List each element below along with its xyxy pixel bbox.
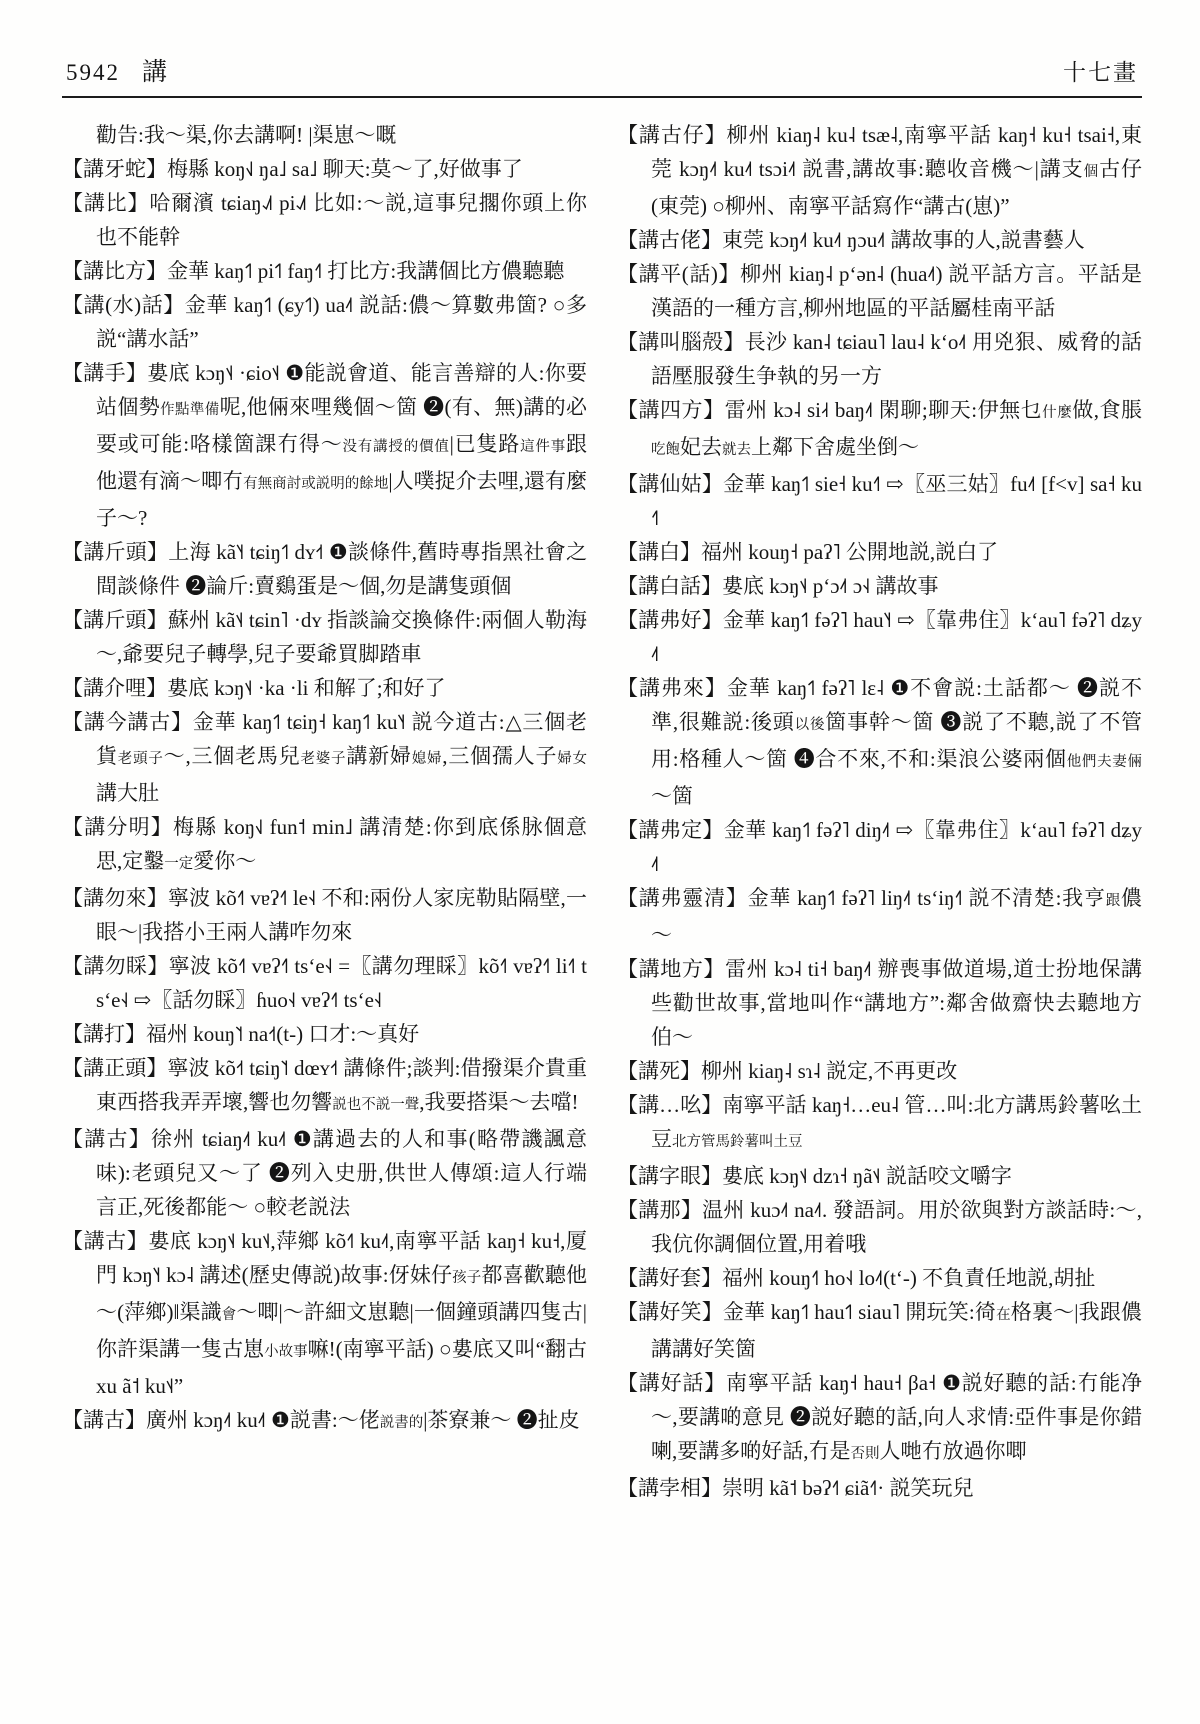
dict-entry: 【講分明】梅縣 koŋ˧˩ fun˦ min˩ 講清楚:你到底係脉個意思,定鑿一… <box>62 810 587 881</box>
gloss-note: 有無商討或説明的餘地 <box>243 476 388 492</box>
entry-text: 【講介哩】婁底 kɔŋ˦˨ ·ka ·li 和解了;和好了 <box>62 676 446 700</box>
entry-text: 做,食脹 <box>1072 398 1142 422</box>
gloss-note: 什麼 <box>1042 405 1072 421</box>
dict-entry: 【講(水)話】金華 kaŋ˦˥ (ɕy˦˥) ua˨˦ 説話:儂～算數弗箇? ○… <box>62 288 587 356</box>
gloss-note: 他們夫妻倆 <box>1067 754 1142 770</box>
gloss-note: 北方管馬鈴薯叫土豆 <box>672 1134 803 1150</box>
entry-text: 【講那】温州 kuɔ˨˦ na˨˦. 發語詞。用於欲與對方談話時:～,我伉你調個… <box>617 1198 1142 1256</box>
gloss-note: 作點準備 <box>160 402 219 418</box>
dict-entry: 【講比方】金華 kaŋ˦˥ pi˦˥ faŋ˧˥ 打比方:我講個比方儂聽聽 <box>62 254 587 288</box>
gloss-note: 就去 <box>722 442 751 458</box>
gloss-note: 婦女 <box>557 751 587 767</box>
dict-entry: 【講比】哈爾濱 tɕiaŋ˨˩˦ pi˨˩˦ 比如:～説,這事兒擱你頭上你也不能… <box>62 186 587 254</box>
entry-text: 【講比方】金華 kaŋ˦˥ pi˦˥ faŋ˧˥ 打比方:我講個比方儂聽聽 <box>62 259 564 283</box>
dict-entry: 【講牙蛇】梅縣 koŋ˧˩ ŋa˩ sa˩ 聊天:莫～了,好做事了 <box>62 152 587 186</box>
gloss-note: 説書的 <box>380 1415 424 1431</box>
section-label: 十七畫 <box>1063 54 1138 87</box>
dict-entry: 【講字眼】婁底 kɔŋ˦˨ dzɿ˧ ŋã˦˨ 説話咬文嚼字 <box>617 1159 1142 1193</box>
gloss-note: 會 <box>222 1307 237 1323</box>
entry-text: 講新婦 <box>346 744 411 768</box>
gloss-note: 跟 <box>1106 893 1121 909</box>
dict-entry: 【講那】温州 kuɔ˨˦ na˨˦. 發語詞。用於欲與對方談話時:～,我伉你調個… <box>617 1193 1142 1261</box>
entry-text: 【講地方】雷州 kɔ˨ ti˧ baŋ˨˦ 辦喪事做道場,道士扮地保講些勸世故事… <box>617 957 1142 1049</box>
dict-entry: 【講弗定】金華 kaŋ˦˥ fəʔ˥ diŋ˨˦ ⇨〖靠弗住〗kʻau˥ fəʔ… <box>617 813 1142 881</box>
gloss-note: 一定 <box>164 856 193 872</box>
entry-text: |茶寮兼～ ❷扯皮 <box>423 1408 579 1432</box>
column-left: 勸告:我～渠,你去講啊! |渠崽～嘅【講牙蛇】梅縣 koŋ˧˩ ŋa˩ sa˩ … <box>62 118 587 1505</box>
gloss-note: 没有講授的價值 <box>343 439 450 455</box>
dict-entry: 【講勿來】寧波 kõ˧˥ vɐʔ˧˥ le˧˨ 不和:兩份人家庑勒貼隔壁,一眼～… <box>62 881 587 949</box>
dict-entry: 【講今講古】金華 kaŋ˦˥ tɕiŋ˧ kaŋ˦˥ ku˥˧ 説今道古:△三個… <box>62 705 587 810</box>
entry-text: 【講好笑】金華 kaŋ˦˥ hau˦˥ siau˥ 開玩笑:徛 <box>617 1300 996 1324</box>
entry-text: 人哋冇放過你唧 <box>880 1439 1027 1463</box>
gloss-note: 孩子 <box>452 1270 481 1286</box>
dict-entry: 【講古佬】東莞 kɔŋ˨˦ ku˨˦ ŋɔu˨˦ 講故事的人,説書藝人 <box>617 223 1142 257</box>
entry-text: 講大肚 <box>96 781 159 805</box>
gloss-note: 小故事 <box>264 1344 308 1360</box>
dict-entry: 【講斤頭】蘇州 kã˦˨ tɕin˥ ·dʏ 指談論交換條件:兩個人勒海～,爺要… <box>62 603 587 671</box>
column-right: 【講古仔】柳州 kiaŋ˨ ku˨ tsæ˨,南寧平話 kaŋ˧ ku˧ tsa… <box>617 118 1142 1505</box>
dictionary-columns: 勸告:我～渠,你去講啊! |渠崽～嘅【講牙蛇】梅縣 koŋ˧˩ ŋa˩ sa˩ … <box>62 118 1142 1505</box>
entry-text: 【講分明】梅縣 koŋ˧˩ fun˦ min˩ 講清楚:你到底係脉個意思,定鑿 <box>62 815 587 873</box>
dict-entry: 【講好套】福州 kouŋ˧˥ ho˧˨ lo˨˦(tʻ-) 不負責任地説,胡扯 <box>617 1261 1142 1295</box>
entry-text: 【講字眼】婁底 kɔŋ˦˨ dzɿ˧ ŋã˦˨ 説話咬文嚼字 <box>617 1164 1012 1188</box>
gloss-note: 這件事 <box>520 439 566 455</box>
dict-entry: 【講手】婁底 kɔŋ˦˨ ·ɕio˦˨ ❶能説會道、能言善辯的人:你要站個勢作點… <box>62 356 587 535</box>
page-headword: 講 <box>142 52 167 88</box>
entry-text: 【講打】福州 kouŋ˥˦ na˧˦(t-) 口才:～真好 <box>62 1022 419 1046</box>
entry-text: 【講白話】婁底 kɔŋ˦˨ pʻɔ˨˦ ɔ˧˨ 講故事 <box>617 574 938 598</box>
entry-text: 【講勿睬】寧波 kõ˧˥ vɐʔ˧˥ tsʻe˧˨ =〖講勿理睬〗kõ˧˥ vɐ… <box>62 954 587 1012</box>
dict-entry: 【講介哩】婁底 kɔŋ˦˨ ·ka ·li 和解了;和好了 <box>62 671 587 705</box>
entry-text: 【講勿來】寧波 kõ˧˥ vɐʔ˧˥ le˧˨ 不和:兩份人家庑勒貼隔壁,一眼～… <box>62 886 587 944</box>
dict-entry: 【講白】福州 kouŋ˧ paʔ˥ 公開地説,説白了 <box>617 535 1142 569</box>
gloss-note: 説也不説一聲 <box>332 1097 419 1113</box>
dict-entry: 【講好話】南寧平話 kaŋ˧ hau˧ βa˧ ❶説好聽的話:冇能净～,要講啲意… <box>617 1366 1142 1471</box>
gloss-note: 老婆子 <box>300 751 346 767</box>
gloss-note: 否則 <box>851 1446 880 1462</box>
entry-text: 【講好套】福州 kouŋ˧˥ ho˧˨ lo˨˦(tʻ-) 不負責任地説,胡扯 <box>617 1266 1095 1290</box>
dict-entry: 【講孛相】崇明 kã˦ bəʔ˧˥ ɕiã˧˥· 説笑玩兒 <box>617 1471 1142 1505</box>
entry-text: 【講白】福州 kouŋ˧ paʔ˥ 公開地説,説白了 <box>617 540 998 564</box>
entry-text: 【講弗定】金華 kaŋ˦˥ fəʔ˥ diŋ˨˦ ⇨〖靠弗住〗kʻau˥ fəʔ… <box>617 818 1142 876</box>
entry-text: 愛你～ <box>193 849 256 873</box>
gloss-note: 以後 <box>795 717 826 733</box>
gloss-note: 個 <box>1084 164 1099 180</box>
entry-text: 【講平(話)】柳州 kiaŋ˨ pʻən˨ (hua˨˦) 説平話方言。平話是漢… <box>617 262 1142 320</box>
dict-entry: 【講古】婁底 kɔŋ˦˨ ku˦˨,萍鄉 kõ˧˥ ku˨˦,南寧平話 kaŋ˧… <box>62 1224 587 1403</box>
entry-text: 【講斤頭】上海 kã˥˧ tɕiŋ˦˥ dʏ˧˦ ❶談條件,舊時專指黑社會之間談… <box>62 540 587 598</box>
entry-text: 【講古佬】東莞 kɔŋ˨˦ ku˨˦ ŋɔu˨˦ 講故事的人,説書藝人 <box>617 228 1085 252</box>
gloss-note: 媳婦 <box>412 751 443 767</box>
entry-text: ,三個孺人子 <box>442 744 557 768</box>
entry-text: 【講四方】雷州 kɔ˨ si˨˧ baŋ˨˦ 閑聊;聊天:伊無乜 <box>617 398 1042 422</box>
page-header: 5942 講 十七畫 <box>62 52 1142 96</box>
entry-text: 【講古】徐州 tɕiaŋ˨˦ ku˨˦ ❶講過去的人和事(略帶譏諷意味):老頭兒… <box>62 1127 587 1219</box>
dict-entry: 【講打】福州 kouŋ˥˦ na˧˦(t-) 口才:～真好 <box>62 1017 587 1051</box>
dict-entry: 【講平(話)】柳州 kiaŋ˨ pʻən˨ (hua˨˦) 説平話方言。平話是漢… <box>617 257 1142 325</box>
entry-text: 【講弗好】金華 kaŋ˦˥ fəʔ˥ hau˥˧ ⇨〖靠弗住〗kʻau˥ fəʔ… <box>617 608 1142 666</box>
folio-number: 5942 <box>66 60 120 86</box>
entry-text: 【講古仔】柳州 kiaŋ˨ ku˨ tsæ˨,南寧平話 kaŋ˧ ku˧ tsa… <box>617 123 1142 181</box>
dict-entry: 【講地方】雷州 kɔ˨ ti˧ baŋ˨˦ 辦喪事做道場,道士扮地保講些勸世故事… <box>617 952 1142 1054</box>
dict-entry: 【講…吆】南寧平話 kaŋ˧…eu˨ 管…叫:北方講馬鈴薯吆土豆北方管馬鈴薯叫土… <box>617 1088 1142 1159</box>
dict-entry: 【講白話】婁底 kɔŋ˦˨ pʻɔ˨˦ ɔ˧˨ 講故事 <box>617 569 1142 603</box>
entry-text: 【講牙蛇】梅縣 koŋ˧˩ ŋa˩ sa˩ 聊天:莫～了,好做事了 <box>62 157 523 181</box>
dict-entry: 【講古仔】柳州 kiaŋ˨ ku˨ tsæ˨,南寧平話 kaŋ˧ ku˧ tsa… <box>617 118 1142 223</box>
entry-text: ～,三個老馬兒 <box>164 744 301 768</box>
entry-text: 【講死】柳州 kiaŋ˨ sɿ˨ 説定,不再更改 <box>617 1059 957 1083</box>
dict-entry: 【講弗靈清】金華 kaŋ˦˥ fəʔ˥ liŋ˨˦ tsʻiŋ˧˥ 説不清楚:我… <box>617 881 1142 952</box>
header-rule <box>62 96 1142 98</box>
gloss-note: 在 <box>996 1307 1011 1323</box>
dict-entry: 【講古】徐州 tɕiaŋ˨˦ ku˨˦ ❶講過去的人和事(略帶譏諷意味):老頭兒… <box>62 1122 587 1224</box>
dict-entry: 【講四方】雷州 kɔ˨ si˨˧ baŋ˨˦ 閑聊;聊天:伊無乜什麼做,食脹吃飽… <box>617 393 1142 467</box>
dict-entry: 【講仙姑】金華 kaŋ˦˥ sie˧ ku˧˥ ⇨〖巫三姑〗fu˨˦ [f<v]… <box>617 467 1142 535</box>
gloss-note: 老頭子 <box>118 751 164 767</box>
dict-entry: 【講弗來】金華 kaŋ˦˥ fəʔ˥ lɛ˨ ❶不會説:土話都～ ❷説不準,很難… <box>617 671 1142 813</box>
entry-text: ,我要搭渠～去噹! <box>419 1090 578 1114</box>
entry-text: 上鄰下舍處坐倒～ <box>751 435 919 459</box>
entry-text: |已隻路 <box>450 432 520 456</box>
dict-entry: 【講正頭】寧波 kõ˧˦ tɕiŋ˥˦ dœʏ˧˦ 講條件;談判:借撥渠介貴重東… <box>62 1051 587 1122</box>
entry-text: 【講古】廣州 kɔŋ˨˦ ku˨˦ ❶説書:～佬 <box>62 1408 380 1432</box>
dict-entry: 【講死】柳州 kiaŋ˨ sɿ˨ 説定,不再更改 <box>617 1054 1142 1088</box>
dict-entry: 【講古】廣州 kɔŋ˨˦ ku˨˦ ❶説書:～佬説書的|茶寮兼～ ❷扯皮 <box>62 1403 587 1440</box>
entry-text: 妃去 <box>680 435 722 459</box>
dictionary-page: 5942 講 十七畫 勸告:我～渠,你去講啊! |渠崽～嘅【講牙蛇】梅縣 koŋ… <box>0 0 1200 1724</box>
entry-text: 勸告:我～渠,你去講啊! |渠崽～嘅 <box>96 123 397 147</box>
dict-entry: 【講叫腦殻】長沙 kan˨ tɕiau˥ lau˨ kʻo˨˦ 用兇狠、威脅的話… <box>617 325 1142 393</box>
dict-entry: 【講弗好】金華 kaŋ˦˥ fəʔ˥ hau˥˧ ⇨〖靠弗住〗kʻau˥ fəʔ… <box>617 603 1142 671</box>
entry-text: 【講叫腦殻】長沙 kan˨ tɕiau˥ lau˨ kʻo˨˦ 用兇狠、威脅的話… <box>617 330 1142 388</box>
entry-text: 【講孛相】崇明 kã˦ bəʔ˧˥ ɕiã˧˥· 説笑玩兒 <box>617 1476 974 1500</box>
dict-entry: 【講斤頭】上海 kã˥˧ tɕiŋ˦˥ dʏ˧˦ ❶談條件,舊時專指黑社會之間談… <box>62 535 587 603</box>
gloss-note: 吃飽 <box>651 442 680 458</box>
entry-text: 【講弗靈清】金華 kaŋ˦˥ fəʔ˥ liŋ˨˦ tsʻiŋ˧˥ 説不清楚:我… <box>617 886 1106 910</box>
entry-text: 【講比】哈爾濱 tɕiaŋ˨˩˦ pi˨˩˦ 比如:～説,這事兒擱你頭上你也不能… <box>62 191 587 249</box>
entry-text: ～箇 <box>651 784 693 808</box>
entry-text: 【講斤頭】蘇州 kã˦˨ tɕin˥ ·dʏ 指談論交換條件:兩個人勒海～,爺要… <box>62 608 587 666</box>
dict-entry: 【講好笑】金華 kaŋ˦˥ hau˦˥ siau˥ 開玩笑:徛在格裏～|我跟儂講… <box>617 1295 1142 1366</box>
entry-text: 【講(水)話】金華 kaŋ˦˥ (ɕy˦˥) ua˨˦ 説話:儂～算數弗箇? ○… <box>62 293 587 351</box>
dict-entry: 勸告:我～渠,你去講啊! |渠崽～嘅 <box>62 118 587 152</box>
dict-entry: 【講勿睬】寧波 kõ˧˥ vɐʔ˧˥ tsʻe˧˨ =〖講勿理睬〗kõ˧˥ vɐ… <box>62 949 587 1017</box>
entry-text: 【講仙姑】金華 kaŋ˦˥ sie˧ ku˧˥ ⇨〖巫三姑〗fu˨˦ [f<v]… <box>617 472 1142 530</box>
running-head-left: 5942 講 <box>66 52 167 88</box>
